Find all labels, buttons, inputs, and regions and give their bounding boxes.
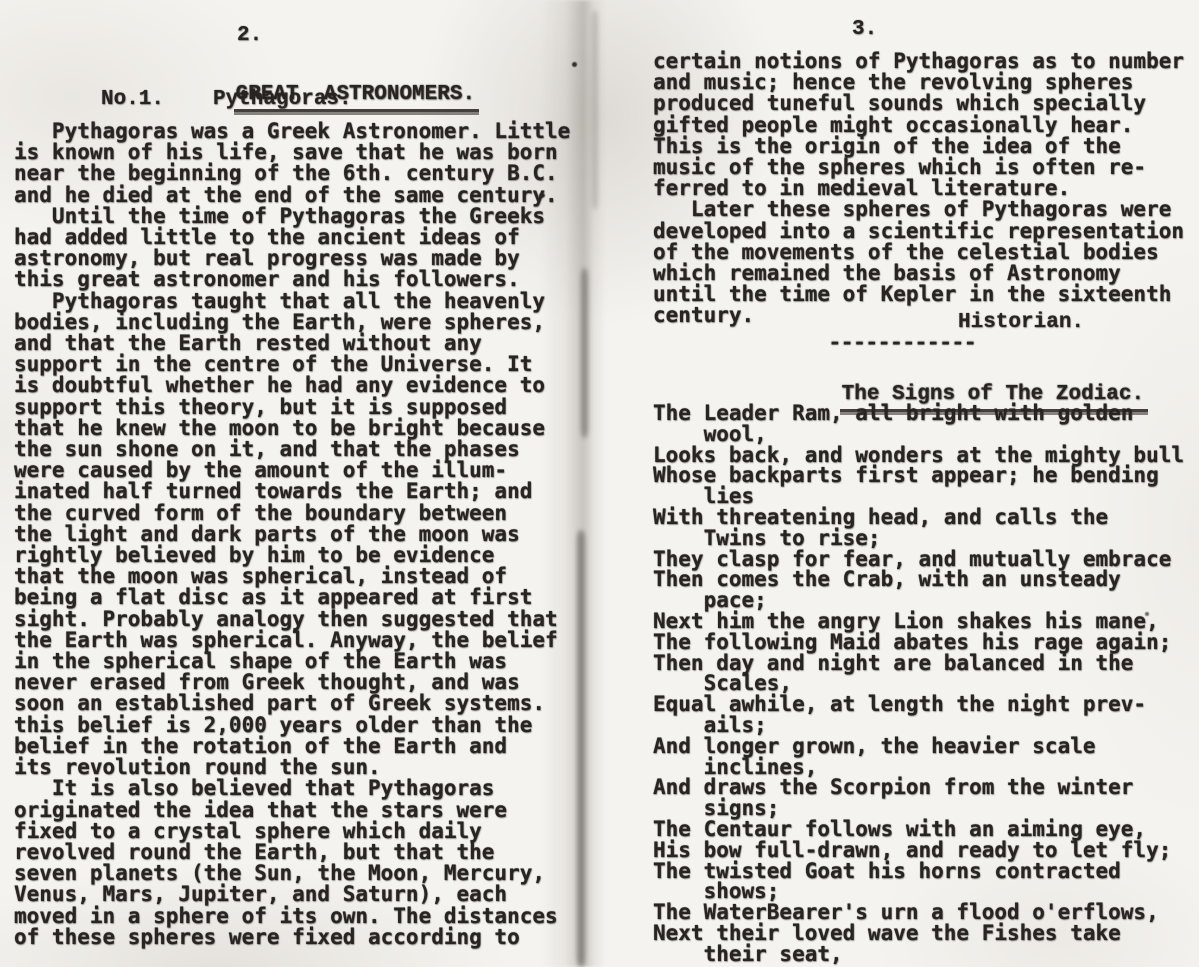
scan-speck: [572, 62, 577, 67]
historian-byline: Historian.: [958, 311, 1084, 334]
scanned-document: 2. GREAT ASTRONOMERS. No.1. Pythagoras. …: [0, 0, 1199, 967]
gutter-crease-shadow: [577, 530, 585, 967]
zodiac-poem-text: The Leader Ram, all bright with golden w…: [653, 403, 1184, 965]
series-name: Pythagoras.: [213, 88, 352, 111]
page-3-intro-text: certain notions of Pythagoras as to numb…: [653, 51, 1184, 327]
series-number: No.1.: [101, 88, 164, 111]
gutter-crease-shadow: [581, 268, 588, 438]
dashed-separator: ------------: [828, 330, 976, 356]
gutter-crease-shadow: [592, 10, 598, 210]
page-2-body-text: Pythagoras was a Greek Astronomer. Littl…: [14, 121, 570, 948]
page-3-number: 3.: [852, 18, 877, 41]
page-2-number: 2.: [237, 24, 262, 47]
